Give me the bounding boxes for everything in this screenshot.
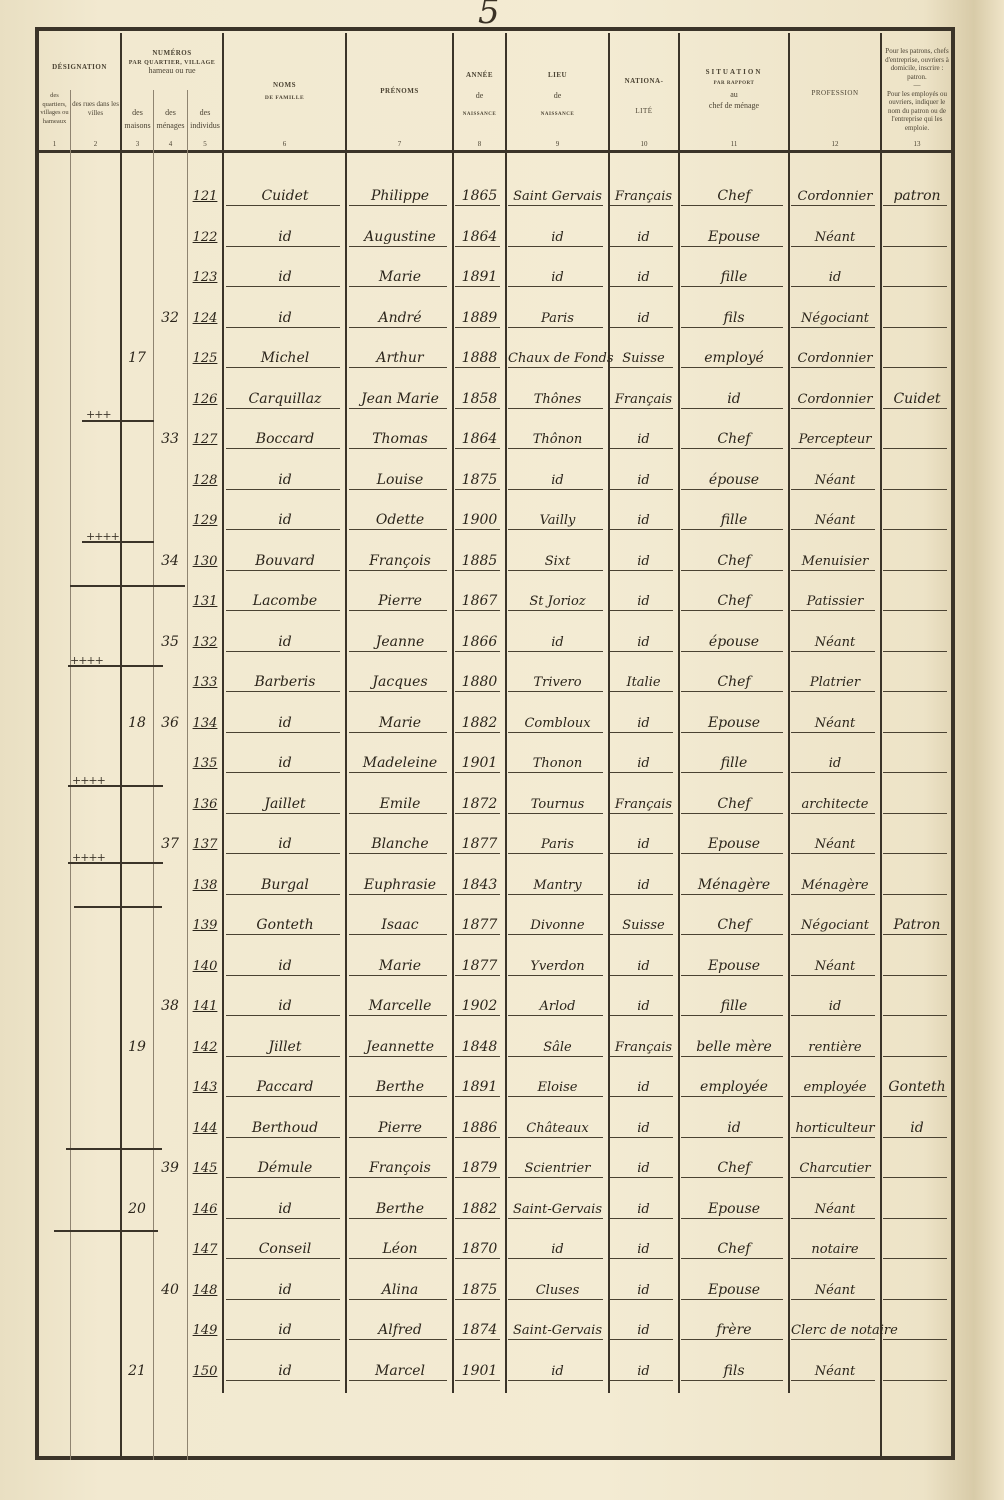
cell-nom: Lacombe (226, 593, 344, 609)
entry-underline (610, 489, 673, 490)
cell-prenom: Marcel (349, 1363, 451, 1379)
entry-underline (508, 286, 603, 287)
cell-lieu: Saint Gervais (508, 189, 607, 204)
cell-menage: 33 (154, 431, 186, 447)
entry-underline (681, 1258, 783, 1259)
cell-prenom: Madeleine (349, 755, 451, 771)
cell-profession: Clerc de notaire (791, 1323, 879, 1338)
header-situation: SITUATION PAR RAPPORT au chef de ménage … (680, 35, 788, 150)
entry-underline (349, 732, 447, 733)
header-rule (39, 150, 951, 153)
cell-nationalite: id (610, 837, 677, 852)
cell-lieu: Arlod (508, 999, 607, 1014)
cell-profession: Néant (791, 513, 879, 528)
cell-lieu: Trivero (508, 675, 607, 690)
cell-situation: fille (681, 269, 787, 285)
cell-nationalite: Français (610, 1040, 677, 1055)
cell-nom: id (226, 512, 344, 528)
cell-nationalite: id (610, 1323, 677, 1338)
cell-annee: 1891 (455, 1079, 504, 1095)
entry-underline (610, 1258, 673, 1259)
entry-underline (455, 448, 500, 449)
entry-underline (226, 1056, 340, 1057)
cell-individu: 131 (188, 594, 222, 609)
cell-lieu: id (508, 1364, 607, 1379)
cell-annee: 1864 (455, 431, 504, 447)
entry-underline (883, 529, 947, 530)
entry-underline (610, 570, 673, 571)
tally-mark: +++ (86, 408, 111, 421)
entry-underline (508, 691, 603, 692)
entry-underline (508, 489, 603, 490)
cell-annee: 1874 (455, 1322, 504, 1338)
entry-underline (681, 1015, 783, 1016)
header-designation-rues: des rues dans les villes 2 (71, 88, 120, 150)
entry-underline (791, 1339, 875, 1340)
cell-annee: 1885 (455, 553, 504, 569)
entry-underline (610, 246, 673, 247)
entry-underline (349, 651, 447, 652)
cell-menage: 34 (154, 553, 186, 569)
cell-profession: Menuisier (791, 554, 879, 569)
cell-profession: Négociant (791, 918, 879, 933)
entry-underline (349, 772, 447, 773)
cell-individu: 143 (188, 1080, 222, 1095)
cell-profession: Cordonnier (791, 189, 879, 204)
cell-lieu: Mantry (508, 878, 607, 893)
entry-underline (508, 1339, 603, 1340)
entry-underline (226, 813, 340, 814)
cell-situation: fille (681, 998, 787, 1014)
cell-situation: Epouse (681, 715, 787, 731)
cell-prenom: François (349, 553, 451, 569)
cell-nom: Boccard (226, 431, 344, 447)
cell-individu: 149 (188, 1323, 222, 1338)
entry-underline (508, 1177, 603, 1178)
entry-underline (508, 408, 603, 409)
cell-nom: id (226, 715, 344, 731)
entry-underline (455, 1380, 500, 1381)
header-designation-quartiers: des quartiers, villages ou hameaux 1 (39, 88, 70, 150)
entry-underline (791, 448, 875, 449)
cell-nationalite: Français (610, 797, 677, 812)
cell-individu: 122 (188, 230, 222, 245)
cell-annee: 1886 (455, 1120, 504, 1136)
cell-lieu: Divonne (508, 918, 607, 933)
cell-menage: 32 (154, 310, 186, 326)
cell-nationalite: id (610, 1202, 677, 1217)
cell-situation: Chef (681, 917, 787, 933)
cell-lieu: Saint-Gervais (508, 1202, 607, 1217)
cell-individu: 126 (188, 392, 222, 407)
entry-underline (349, 205, 447, 206)
entry-underline (226, 489, 340, 490)
entry-underline (610, 286, 673, 287)
table-row: 135idMadeleine1901Thononidfilleid (0, 737, 912, 777)
cell-individu: 130 (188, 554, 222, 569)
cell-nom: id (226, 998, 344, 1014)
entry-underline (349, 691, 447, 692)
entry-underline (349, 408, 447, 409)
cell-menage: 40 (154, 1282, 186, 1298)
cell-lieu: Cluses (508, 1283, 607, 1298)
table-row: 138BurgalEuphrasie1843MantryidMénagèreMé… (0, 859, 912, 899)
entry-underline (455, 408, 500, 409)
cell-situation: Chef (681, 553, 787, 569)
cell-profession: Négociant (791, 311, 879, 326)
cell-nom: id (226, 269, 344, 285)
table-row: 139GontethIsaac1877DivonneSuisseChefNégo… (0, 899, 912, 939)
entry-underline (508, 813, 603, 814)
entry-underline (455, 1339, 500, 1340)
entry-underline (349, 975, 447, 976)
entry-underline (349, 489, 447, 490)
cell-nom: id (226, 472, 344, 488)
cell-profession: Percepteur (791, 432, 879, 447)
table-row: 126CarquillazJean Marie1858ThônesFrançai… (0, 373, 912, 413)
cell-prenom: Berthe (349, 1201, 451, 1217)
entry-underline (455, 1015, 500, 1016)
cell-menage: 36 (154, 715, 186, 731)
entry-underline (455, 1177, 500, 1178)
cell-menage: 35 (154, 634, 186, 650)
cell-annee: 1902 (455, 998, 504, 1014)
cell-prenom: Jacques (349, 674, 451, 690)
cell-individu: 140 (188, 959, 222, 974)
census-page: 5 DÉSIGNATION des quartiers, villages ou… (0, 0, 1004, 1500)
entry-underline (883, 732, 947, 733)
cell-nationalite: id (610, 270, 677, 285)
cell-nationalite: id (610, 554, 677, 569)
table-row: 35132idJeanne1866ididépouseNéant (0, 616, 912, 656)
entry-underline (349, 367, 447, 368)
cell-individu: 138 (188, 878, 222, 893)
cell-lieu: Yverdon (508, 959, 607, 974)
entry-underline (791, 1015, 875, 1016)
table-row: 40148idAlina1875ClusesidEpouseNéant (0, 1264, 912, 1304)
entry-underline (791, 732, 875, 733)
cell-situation: frère (681, 1322, 787, 1338)
entry-underline (610, 853, 673, 854)
entry-underline (508, 1299, 603, 1300)
cell-nationalite: id (610, 959, 677, 974)
entry-underline (791, 367, 875, 368)
cell-lieu: id (508, 230, 607, 245)
entry-underline (883, 853, 947, 854)
entry-underline (349, 570, 447, 571)
entry-underline (508, 570, 603, 571)
table-row: 123idMarie1891ididfilleid (0, 251, 912, 291)
cell-maison: 19 (122, 1039, 152, 1055)
entry-underline (610, 1096, 673, 1097)
entry-underline (883, 367, 947, 368)
cell-profession: Néant (791, 635, 879, 650)
entry-underline (681, 246, 783, 247)
cell-lieu: Tournus (508, 797, 607, 812)
table-row: 38141idMarcelle1902Arlodidfilleid (0, 980, 912, 1020)
entry-underline (226, 246, 340, 247)
entry-underline (791, 205, 875, 206)
entry-underline (791, 853, 875, 854)
cell-profession: Patissier (791, 594, 879, 609)
entry-underline (883, 246, 947, 247)
cell-prenom: François (349, 1160, 451, 1176)
table-row: 121CuidetPhilippe1865Saint GervaisFrança… (0, 170, 912, 210)
entry-underline (610, 1380, 673, 1381)
table-row: 20146idBerthe1882Saint-GervaisidEpouseNé… (0, 1183, 912, 1223)
entry-underline (610, 1218, 673, 1219)
tally-mark: ++++ (86, 530, 119, 543)
cell-prenom: Blanche (349, 836, 451, 852)
entry-underline (349, 894, 447, 895)
entry-underline (681, 651, 783, 652)
tally-mark: ++++ (70, 654, 103, 667)
cell-situation: Chef (681, 796, 787, 812)
cell-profession: Néant (791, 837, 879, 852)
table-row: 144BerthoudPierre1886Châteauxididhorticu… (0, 1102, 912, 1142)
cell-situation: Chef (681, 1160, 787, 1176)
entry-underline (681, 1137, 783, 1138)
cell-maison: 20 (122, 1201, 152, 1217)
entry-underline (349, 813, 447, 814)
entry-underline (883, 489, 947, 490)
cell-prenom: Marie (349, 958, 451, 974)
cell-nationalite: Italie (610, 675, 677, 690)
entry-underline (791, 1380, 875, 1381)
cell-annee: 1872 (455, 796, 504, 812)
cell-patron: patron (883, 188, 951, 204)
cell-individu: 147 (188, 1242, 222, 1257)
cell-situation: Chef (681, 593, 787, 609)
entry-underline (883, 691, 947, 692)
entry-underline (349, 934, 447, 935)
cell-lieu: id (508, 635, 607, 650)
entry-underline (349, 286, 447, 287)
entry-underline (610, 367, 673, 368)
entry-underline (226, 1299, 340, 1300)
cell-lieu: Scientrier (508, 1161, 607, 1176)
cell-annee: 1901 (455, 1363, 504, 1379)
entry-underline (791, 286, 875, 287)
cell-nationalite: id (610, 1364, 677, 1379)
cell-prenom: Marie (349, 715, 451, 731)
cell-individu: 141 (188, 999, 222, 1014)
table-row: 129idOdette1900VaillyidfilleNéant (0, 494, 912, 534)
cell-annee: 1875 (455, 472, 504, 488)
entry-underline (508, 610, 603, 611)
cell-nom: Gonteth (226, 917, 344, 933)
entry-underline (455, 1258, 500, 1259)
cell-individu: 148 (188, 1283, 222, 1298)
entry-underline (455, 327, 500, 328)
entry-underline (883, 1137, 947, 1138)
cell-patron: Patron (883, 917, 951, 933)
entry-underline (681, 408, 783, 409)
entry-underline (681, 1339, 783, 1340)
cell-individu: 133 (188, 675, 222, 690)
cell-lieu: Thônon (508, 432, 607, 447)
cell-nationalite: id (610, 635, 677, 650)
cell-profession: Néant (791, 1283, 879, 1298)
entry-underline (610, 732, 673, 733)
header-individus: des individus 5 (188, 88, 222, 150)
entry-underline (349, 1177, 447, 1178)
entry-underline (226, 975, 340, 976)
entry-underline (508, 1056, 603, 1057)
entry-underline (508, 448, 603, 449)
cell-situation: id (681, 1120, 787, 1136)
cell-profession: Néant (791, 473, 879, 488)
cell-profession: id (791, 756, 879, 771)
cell-annee: 1882 (455, 715, 504, 731)
cell-lieu: Paris (508, 837, 607, 852)
entry-underline (883, 327, 947, 328)
cell-nationalite: id (610, 999, 677, 1014)
cell-prenom: André (349, 310, 451, 326)
cell-nom: id (226, 836, 344, 852)
entry-underline (883, 570, 947, 571)
cell-prenom: Pierre (349, 593, 451, 609)
entry-underline (349, 246, 447, 247)
table-row: 149idAlfred1874Saint-GervaisidfrèreClerc… (0, 1304, 912, 1344)
cell-profession: Néant (791, 716, 879, 731)
entry-underline (791, 651, 875, 652)
entry-underline (883, 1299, 947, 1300)
cell-profession: rentière (791, 1040, 879, 1055)
entry-underline (681, 853, 783, 854)
cell-lieu: Sixt (508, 554, 607, 569)
entry-underline (610, 327, 673, 328)
entry-underline (455, 367, 500, 368)
cell-individu: 146 (188, 1202, 222, 1217)
cell-patron: Gonteth (883, 1079, 951, 1095)
cell-annee: 1901 (455, 755, 504, 771)
entry-underline (883, 1380, 947, 1381)
cell-nationalite: Français (610, 392, 677, 407)
entry-underline (349, 1380, 447, 1381)
cell-annee: 1865 (455, 188, 504, 204)
entry-underline (455, 246, 500, 247)
entry-underline (455, 691, 500, 692)
header-annee: ANNÉE de NAISSANCE 8 (454, 35, 505, 150)
cell-profession: Néant (791, 1202, 879, 1217)
entry-underline (455, 732, 500, 733)
entry-underline (681, 570, 783, 571)
cell-prenom: Berthe (349, 1079, 451, 1095)
cell-profession: Cordonnier (791, 392, 879, 407)
entry-underline (226, 1339, 340, 1340)
entry-underline (226, 408, 340, 409)
cell-lieu: Vailly (508, 513, 607, 528)
cell-situation: fille (681, 755, 787, 771)
entry-underline (226, 610, 340, 611)
entry-underline (610, 691, 673, 692)
cell-profession: architecte (791, 797, 879, 812)
entry-underline (508, 732, 603, 733)
entry-underline (508, 772, 603, 773)
entry-underline (610, 1177, 673, 1178)
entry-underline (883, 651, 947, 652)
cell-nationalite: Suisse (610, 918, 677, 933)
cell-situation: épouse (681, 634, 787, 650)
entry-underline (883, 934, 947, 935)
header-patron: Pour les patrons, chefs d'entreprise, ou… (882, 35, 952, 150)
entry-underline (349, 1096, 447, 1097)
cell-situation: belle mère (681, 1039, 787, 1055)
table-row: 21150idMarcel1901ididfilsNéant (0, 1345, 912, 1385)
cell-nom: id (226, 310, 344, 326)
entry-underline (681, 1177, 783, 1178)
entry-underline (226, 570, 340, 571)
cell-lieu: Châteaux (508, 1121, 607, 1136)
cell-nom: id (226, 634, 344, 650)
cell-menage: 38 (154, 998, 186, 1014)
cell-prenom: Marie (349, 269, 451, 285)
cell-situation: employé (681, 350, 787, 366)
entry-underline (455, 1299, 500, 1300)
entry-underline (681, 327, 783, 328)
table-row: 133BarberisJacques1880TriveroItalieChefP… (0, 656, 912, 696)
header-maisons: des maisons 3 (122, 88, 153, 150)
entry-underline (455, 529, 500, 530)
household-separator (54, 1230, 158, 1232)
entry-underline (791, 975, 875, 976)
entry-underline (349, 327, 447, 328)
cell-nom: Jaillet (226, 796, 344, 812)
entry-underline (455, 772, 500, 773)
cell-situation: id (681, 391, 787, 407)
entry-underline (610, 610, 673, 611)
table-row: 140idMarie1877YverdonidEpouseNéant (0, 940, 912, 980)
entry-underline (610, 934, 673, 935)
cell-nationalite: id (610, 1161, 677, 1176)
entry-underline (610, 529, 673, 530)
entry-underline (349, 1056, 447, 1057)
entry-underline (791, 1218, 875, 1219)
entry-underline (791, 1137, 875, 1138)
table-row: 122idAugustine1864ididEpouseNéant (0, 211, 912, 251)
entry-underline (883, 1339, 947, 1340)
cell-nom: Michel (226, 350, 344, 366)
cell-profession: Néant (791, 1364, 879, 1379)
entry-underline (455, 286, 500, 287)
entry-underline (226, 1015, 340, 1016)
entry-underline (883, 1177, 947, 1178)
entry-underline (791, 1299, 875, 1300)
cell-annee: 1864 (455, 229, 504, 245)
entry-underline (508, 1137, 603, 1138)
cell-menage: 37 (154, 836, 186, 852)
cell-situation: Epouse (681, 836, 787, 852)
cell-lieu: Thonon (508, 756, 607, 771)
entry-underline (226, 1218, 340, 1219)
entry-underline (455, 1096, 500, 1097)
cell-annee: 1866 (455, 634, 504, 650)
cell-lieu: id (508, 473, 607, 488)
cell-situation: Chef (681, 674, 787, 690)
cell-nationalite: id (610, 513, 677, 528)
entry-underline (226, 367, 340, 368)
entry-underline (883, 772, 947, 773)
entry-underline (681, 1056, 783, 1057)
cell-individu: 135 (188, 756, 222, 771)
entry-underline (349, 853, 447, 854)
cell-menage: 39 (154, 1160, 186, 1176)
entry-underline (349, 1015, 447, 1016)
entry-underline (681, 489, 783, 490)
entry-underline (226, 1177, 340, 1178)
cell-profession: id (791, 999, 879, 1014)
